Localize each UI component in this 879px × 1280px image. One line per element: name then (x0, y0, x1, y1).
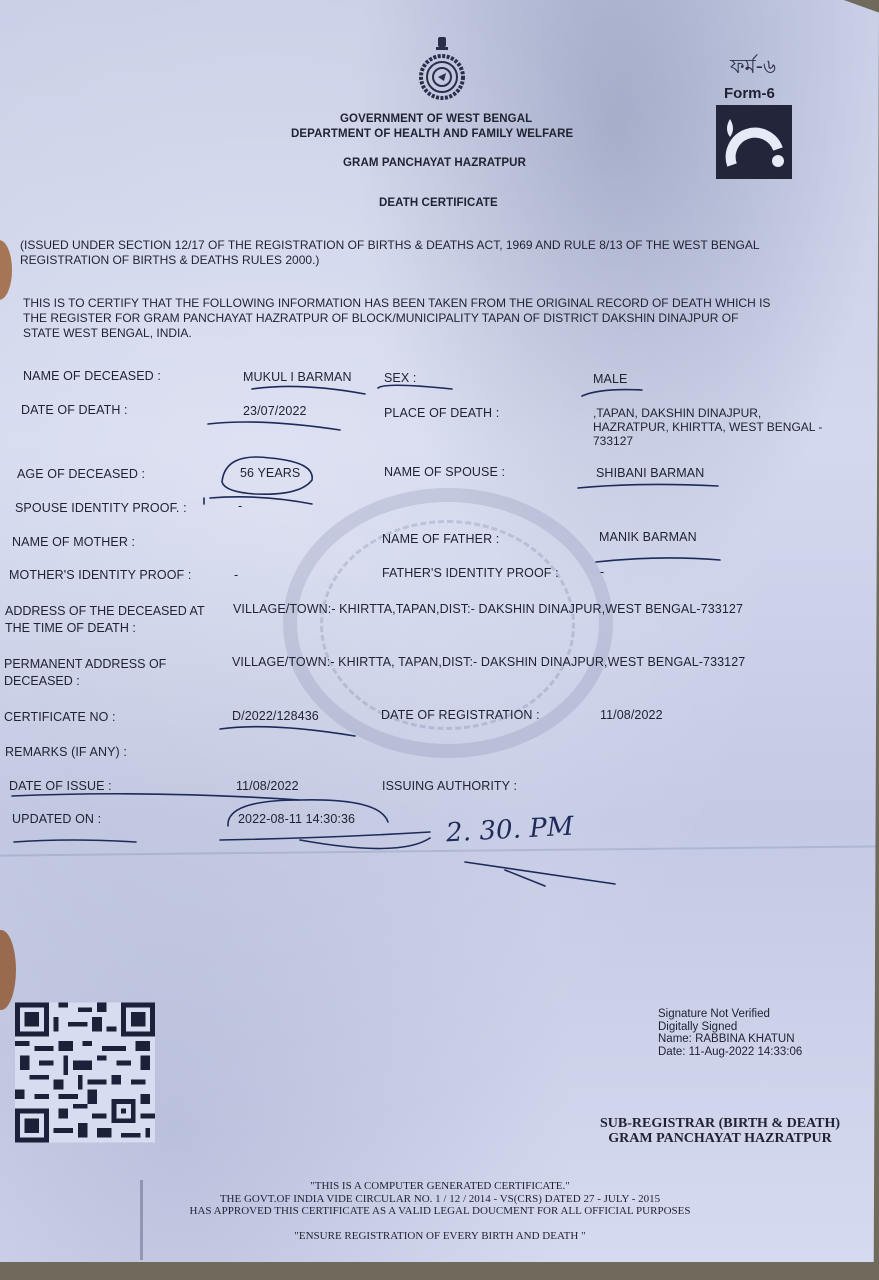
updated-on-label: UPDATED ON : (12, 812, 101, 826)
label-line: ADDRESS OF THE DECEASED AT (5, 603, 205, 620)
date-of-registration-label: DATE OF REGISTRATION : (381, 708, 540, 722)
age-of-deceased-label: AGE OF DECEASED : (17, 467, 145, 481)
certify-text: THIS IS TO CERTIFY THAT THE FOLLOWING IN… (23, 296, 770, 341)
fathers-identity-proof-label: FATHER'S IDENTITY PROOF : (382, 566, 559, 580)
issued-under-text: (ISSUED UNDER SECTION 12/17 OF THE REGIS… (20, 238, 760, 268)
crs-logo-icon (716, 105, 792, 179)
government-heading: GOVERNMENT OF WEST BENGAL (340, 113, 532, 125)
place-line: ,TAPAN, DAKSHIN DINAJPUR, (593, 406, 822, 420)
footer-line: HAS APPROVED THIS CERTIFICATE AS A VALID… (130, 1205, 750, 1218)
age-of-deceased-value: 56 YEARS (240, 466, 300, 480)
permanent-address-label: PERMANENT ADDRESS OF DECEASED : (4, 656, 166, 690)
name-of-deceased-label: NAME OF DECEASED : (23, 369, 161, 383)
date-of-issue-value: 11/08/2022 (236, 779, 299, 793)
label-line: PERMANENT ADDRESS OF (4, 656, 166, 673)
state-emblem-icon (418, 35, 466, 101)
authority-title: SUB-REGISTRAR (BIRTH & DEATH) (600, 1116, 840, 1131)
qr-code-icon (15, 1000, 155, 1145)
signature-status: Signature Not Verified (658, 1008, 802, 1021)
certificate-no-label: CERTIFICATE NO : (4, 710, 116, 724)
date-of-registration-value: 11/08/2022 (600, 708, 663, 722)
date-of-issue-label: DATE OF ISSUE : (9, 779, 112, 793)
name-of-father-label: NAME OF FATHER : (382, 532, 499, 546)
place-of-death-value: ,TAPAN, DAKSHIN DINAJPUR, HAZRATPUR, KHI… (593, 406, 822, 448)
mothers-identity-proof-value: - (234, 568, 238, 582)
sex-value: MALE (593, 372, 627, 386)
certificate-title: DEATH CERTIFICATE (379, 197, 498, 209)
remarks-label: REMARKS (IF ANY) : (5, 745, 127, 759)
label-line: THE TIME OF DEATH : (5, 620, 205, 637)
signature-date: Date: 11-Aug-2022 14:33:06 (658, 1046, 802, 1059)
digital-signature-block: Signature Not VerifiedDigitally SignedNa… (658, 1008, 802, 1058)
certify-line: THIS IS TO CERTIFY THAT THE FOLLOWING IN… (23, 296, 770, 311)
footer-slogan: "ENSURE REGISTRATION OF EVERY BIRTH AND … (130, 1230, 750, 1243)
certify-line: THE REGISTER FOR GRAM PANCHAYAT HAZRATPU… (23, 311, 770, 326)
issuing-authority-label: ISSUING AUTHORITY : (382, 779, 517, 793)
spouse-identity-proof-label: SPOUSE IDENTITY PROOF. : (15, 501, 187, 515)
form-label: Form-6 (724, 85, 775, 102)
certify-line: STATE WEST BENGAL, INDIA. (23, 326, 770, 341)
sex-label: SEX : (384, 371, 416, 385)
permanent-address-value: VILLAGE/TOWN:- KHIRTTA, TAPAN,DIST:- DAK… (232, 655, 745, 669)
address-at-death-label: ADDRESS OF THE DECEASED AT THE TIME OF D… (5, 603, 205, 637)
name-of-father-value: MANIK BARMAN (599, 530, 697, 544)
footer-line: THE GOVT.OF INDIA VIDE CIRCULAR NO. 1 / … (130, 1193, 750, 1206)
authority-office: GRAM PANCHAYAT HAZRATPUR (600, 1131, 840, 1146)
issued-under-line: REGISTRATION OF BIRTHS & DEATHS RULES 20… (20, 253, 760, 268)
name-of-spouse-label: NAME OF SPOUSE : (384, 465, 505, 479)
form-label-bengali: ফর্ম-৬ (730, 52, 776, 85)
date-of-death-value: 23/07/2022 (243, 404, 307, 418)
fathers-identity-proof-value: - (600, 565, 604, 579)
issuing-authority-block: SUB-REGISTRAR (BIRTH & DEATH) GRAM PANCH… (600, 1116, 840, 1146)
label-line: DECEASED : (4, 673, 166, 690)
office-heading: GRAM PANCHAYAT HAZRATPUR (343, 157, 526, 169)
name-of-spouse-value: SHIBANI BARMAN (596, 466, 704, 480)
place-line: HAZRATPUR, KHIRTTA, WEST BENGAL - (593, 420, 822, 434)
spouse-identity-proof-value: - (238, 499, 242, 513)
name-of-deceased-value: MUKUL I BARMAN (243, 370, 352, 384)
address-at-death-value: VILLAGE/TOWN:- KHIRTTA,TAPAN,DIST:- DAKS… (233, 602, 743, 616)
name-of-mother-label: NAME OF MOTHER : (12, 535, 135, 549)
place-of-death-label: PLACE OF DEATH : (384, 406, 499, 420)
seal-watermark-inner (320, 520, 575, 730)
updated-on-value: 2022-08-11 14:30:36 (238, 812, 355, 826)
footer-notice: "THIS IS A COMPUTER GENERATED CERTIFICAT… (130, 1180, 750, 1218)
date-of-death-label: DATE OF DEATH : (21, 403, 128, 417)
place-line: 733127 (593, 434, 822, 448)
signature-type: Digitally Signed (658, 1021, 802, 1034)
footer-line: "THIS IS A COMPUTER GENERATED CERTIFICAT… (130, 1180, 750, 1193)
signer-name: Name: RABBINA KHATUN (658, 1033, 802, 1046)
issued-under-line: (ISSUED UNDER SECTION 12/17 OF THE REGIS… (20, 238, 760, 253)
department-heading: DEPARTMENT OF HEALTH AND FAMILY WELFARE (291, 128, 573, 140)
certificate-no-value: D/2022/128436 (232, 709, 319, 723)
mothers-identity-proof-label: MOTHER'S IDENTITY PROOF : (9, 568, 191, 582)
